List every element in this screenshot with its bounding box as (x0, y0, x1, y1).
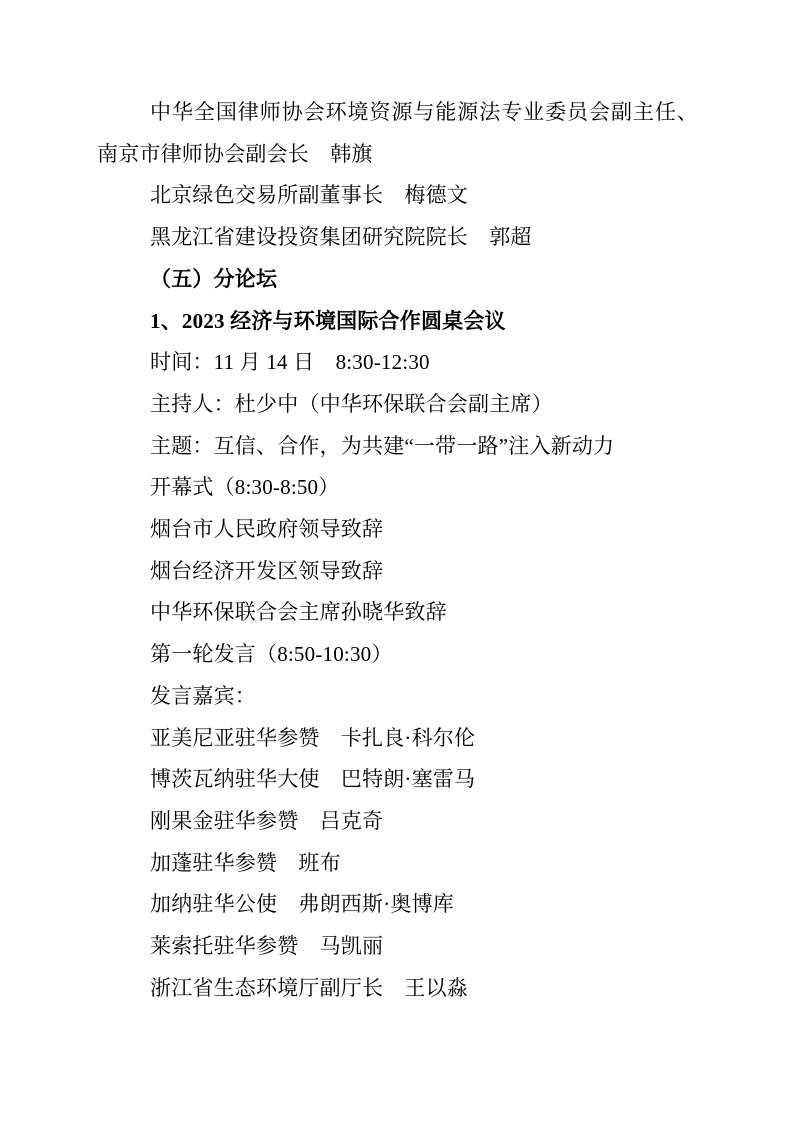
paragraph: 中华全国律师协会环境资源与能源法专业委员会副主任、南京市律师协会副会长 韩旗 (97, 92, 698, 175)
paragraph: 烟台市人民政府领导致辞 (97, 509, 698, 551)
paragraph: 北京绿色交易所副董事长 梅德文 (97, 175, 698, 217)
document-page: 中华全国律师协会环境资源与能源法专业委员会副主任、南京市律师协会副会长 韩旗北京… (0, 0, 794, 1123)
paragraph: 莱索托驻华参赞 马凯丽 (97, 926, 698, 968)
paragraph: 第一轮发言（8:50-10:30） (97, 634, 698, 676)
section-heading: 1、2023 经济与环境国际合作圆桌会议 (97, 301, 698, 343)
paragraph: 加纳驻华公使 弗朗西斯·奥博库 (97, 884, 698, 926)
paragraph: 开幕式（8:30-8:50） (97, 467, 698, 509)
paragraph: 亚美尼亚驻华参赞 卡扎良·科尔伦 (97, 718, 698, 760)
section-heading: （五）分论坛 (97, 259, 698, 301)
paragraph: 刚果金驻华参赞 吕克奇 (97, 801, 698, 843)
paragraph: 浙江省生态环境厅副厅长 王以淼 (97, 968, 698, 1010)
paragraph: 主持人：杜少中（中华环保联合会副主席） (97, 384, 698, 426)
paragraph: 黑龙江省建设投资集团研究院院长 郭超 (97, 217, 698, 259)
paragraph: 烟台经济开发区领导致辞 (97, 551, 698, 593)
paragraph: 发言嘉宾： (97, 676, 698, 718)
document-body: 中华全国律师协会环境资源与能源法专业委员会副主任、南京市律师协会副会长 韩旗北京… (97, 92, 698, 1009)
paragraph: 时间：11 月 14 日 8:30-12:30 (97, 342, 698, 384)
paragraph: 中华环保联合会主席孙晓华致辞 (97, 592, 698, 634)
paragraph: 主题：互信、合作，为共建“一带一路”注入新动力 (97, 426, 698, 468)
paragraph: 加蓬驻华参赞 班布 (97, 843, 698, 885)
paragraph: 博茨瓦纳驻华大使 巴特朗·塞雷马 (97, 759, 698, 801)
